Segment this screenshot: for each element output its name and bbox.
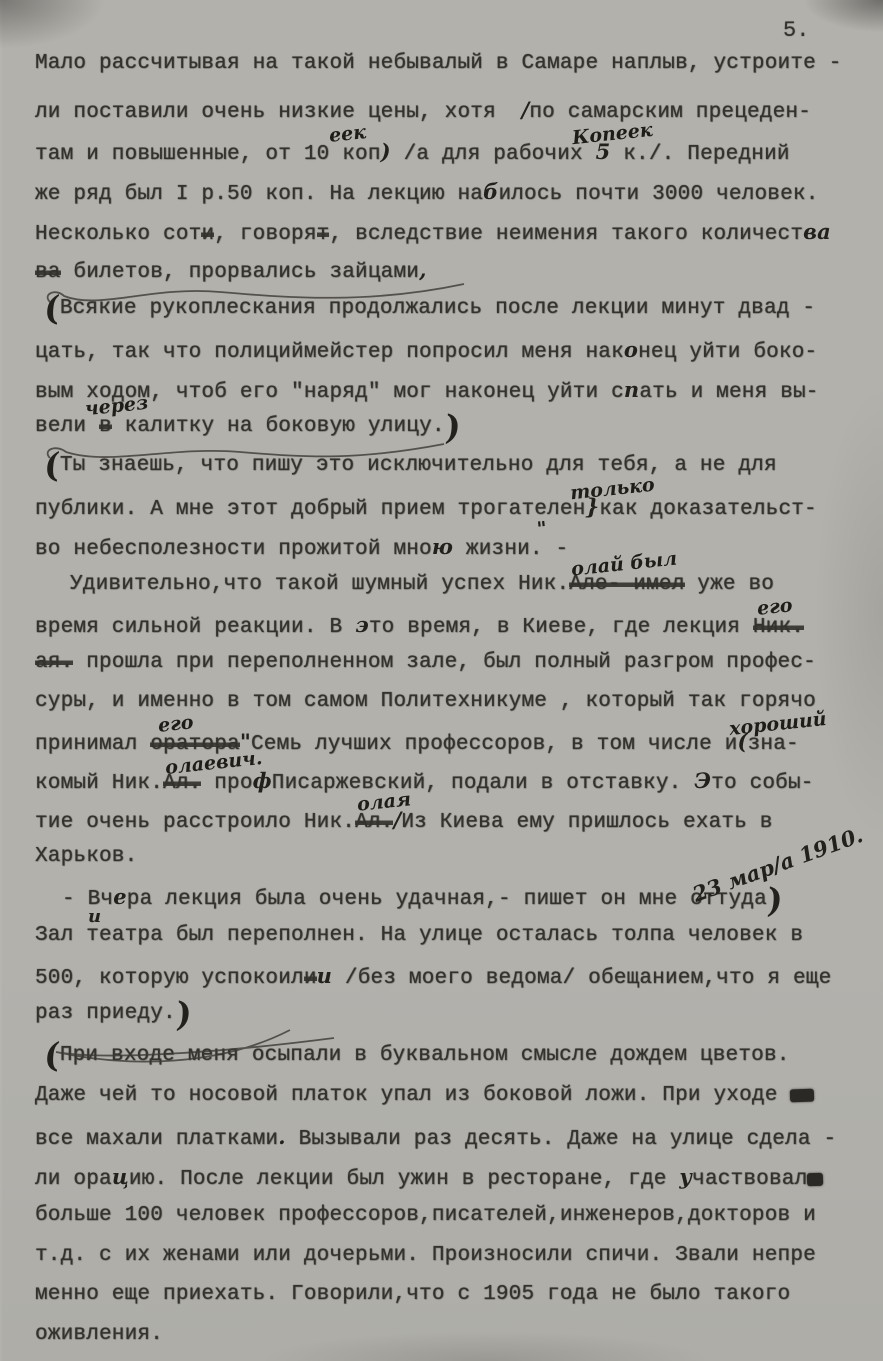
- text-line: ва билетов, прорвались зайцами,: [35, 257, 427, 284]
- typed-text: Писаржевский, подали в отставку.: [272, 772, 694, 795]
- typed-text: прошла при переполненном зале, был полны…: [73, 651, 816, 674]
- handwriting: э: [355, 612, 369, 637]
- handwriting: ): [445, 426, 461, 428]
- text-line: (При входе меня осыпали в буквальном смы…: [44, 1044, 790, 1067]
- struck-text: и: [201, 223, 214, 246]
- typed-text: раз приеду.: [35, 1002, 176, 1025]
- handwriting: б: [483, 179, 498, 204]
- handwriting: (: [44, 465, 60, 467]
- handwriting: (: [44, 1055, 60, 1057]
- handwriting: п: [624, 377, 639, 402]
- text-line: Зал театра был переполнен. На улице оста…: [35, 924, 803, 947]
- typed-text: менно еще приехать. Говорили,что с 1905 …: [35, 1283, 790, 1306]
- typed-text: /без моего ведома/ обещанием,что я еще: [332, 967, 831, 990]
- text-line: ли поставили очень низкие цены, хотя /по…: [35, 97, 811, 124]
- handwriting: о: [624, 337, 638, 362]
- handwriting-above: его: [756, 594, 794, 620]
- text-line: раз приеду.): [35, 1002, 192, 1025]
- typed-text: тие очень расстроило Ник.: [35, 811, 355, 834]
- typed-text: как доказательст-: [599, 498, 817, 521]
- handwriting: (: [44, 308, 60, 310]
- typed-text: оживления.: [35, 1323, 163, 1346]
- handwriting: ф: [253, 768, 272, 793]
- text-line: ли орацию. После лекции был ужин в ресто…: [35, 1164, 823, 1191]
- handwriting-above: еек: [328, 121, 367, 147]
- text-line: ая. прошла при переполненном зале, был п…: [35, 651, 816, 674]
- typed-text: уже во: [685, 573, 775, 596]
- struck-text: ва: [35, 261, 61, 284]
- typed-text: , говоря: [214, 223, 316, 246]
- typed-text: При входе меня осыпали в буквальном смыс…: [60, 1044, 790, 1067]
- typed-text: по самарским прецеден-: [529, 101, 811, 124]
- typed-text: Вызывали раз десять. Даже на улице сдела…: [286, 1128, 837, 1151]
- typed-text: нец уйти боко-: [638, 341, 817, 364]
- typed-text: жизни.: [453, 538, 543, 561]
- typed-text: ию. После лекции был ужин в ресторане, г…: [129, 1168, 680, 1191]
- text-line: комый Ник.олаевич.Ал. профПисаржевский, …: [35, 768, 814, 795]
- text-line: Удивительно,что такой шумный успех Ник.о…: [70, 573, 774, 596]
- handwriting: ц: [112, 1164, 129, 1189]
- text-line: суры, и именно в том самом Политехникуме…: [35, 690, 816, 713]
- ink-blot: [790, 1089, 814, 1103]
- text-line: (Всякие рукоплескания продолжались после…: [44, 297, 815, 320]
- typed-text: калитку на боковую улицу.: [112, 415, 445, 438]
- typed-text: частвовал: [692, 1168, 807, 1191]
- typed-text: ли поставили очень низкие цены, хотя: [35, 101, 521, 124]
- typed-text: ра лекция была очень удачная,- пишет он …: [127, 888, 767, 911]
- typed-text: Несколько сот: [35, 223, 201, 246]
- typed-text: про: [201, 772, 252, 795]
- handwriting: у: [679, 1164, 692, 1189]
- struck-text: т: [317, 223, 330, 246]
- typed-text: /а для рабочих: [391, 143, 596, 166]
- typed-text: , вследствие неимения такого количест: [329, 223, 803, 246]
- handwriting: е: [113, 884, 127, 909]
- handwriting: ): [176, 1013, 192, 1015]
- inserted-letter: и: [88, 906, 101, 927]
- text-line: менно еще приехать. Говорили,что с 1905 …: [35, 1283, 790, 1306]
- text-line: там и повышенные, от 10 копеек) /а для р…: [35, 139, 790, 166]
- text-line: Несколько соти, говорят, вследствие неим…: [35, 219, 831, 246]
- typed-text: же ряд был I р.50 коп. На лекцию на: [35, 183, 483, 206]
- text-line: - Вчера лекция была очень удачная,- пише…: [62, 884, 783, 911]
- handwriting: ): [381, 139, 391, 164]
- typed-text: Удивительно,что такой шумный успех Ник.: [70, 573, 569, 596]
- typed-text: Из Киева ему пришлось ехать в: [401, 811, 772, 834]
- typed-text: принимал: [35, 733, 150, 756]
- text-line: Мало рассчитывая на такой небывалый в Са…: [35, 52, 842, 75]
- typed-text: Харьков.: [35, 845, 137, 868]
- typed-text: Мало рассчитывая на такой небывалый в Са…: [35, 52, 842, 75]
- ink-blot: [807, 1173, 823, 1187]
- text-line: Харьков.: [35, 845, 137, 868]
- typed-text: 500, которую успокоил: [35, 967, 304, 990]
- typed-text: суры, и именно в том самом Политехникуме…: [35, 690, 816, 713]
- text-line: время сильной реакции. В это время, в Ки…: [35, 612, 804, 639]
- handwriting: .: [278, 1124, 286, 1149]
- typed-text: -: [543, 538, 569, 561]
- typed-text: ать и меня вы-: [639, 381, 818, 404]
- text-line: (Ты знаешь, что пишу это исключительно д…: [44, 454, 777, 477]
- typed-text: во небесполезности прожитой мно: [35, 538, 432, 561]
- text-line: тие очень расстроило Ник.олаяАл./Из Киев…: [35, 807, 773, 834]
- handwriting-above: его: [157, 711, 195, 737]
- struck-text: ая.: [35, 651, 73, 674]
- handwriting: ю: [432, 534, 453, 559]
- text-line: оживления.: [35, 1323, 163, 1346]
- typed-text: к./. Передний: [610, 143, 789, 166]
- handwriting: ): [767, 899, 783, 901]
- text-line: т.д. с их женами или дочерьми. Произноси…: [35, 1244, 816, 1267]
- text-line: 500, которую успокоилии /без моего ведом…: [35, 963, 831, 990]
- text-line: все махали платками. Вызывали раз десять…: [35, 1124, 836, 1151]
- text-line: Даже чей то носовой платок упал из боков…: [35, 1084, 814, 1107]
- typed-text: все махали платками: [35, 1128, 278, 1151]
- typed-text: то время, в Киеве, где лекция: [369, 616, 753, 639]
- typed-text: Ты знаешь, что пишу это исключительно дл…: [60, 454, 777, 477]
- typed-text: Даже чей то носовой платок упал из боков…: [35, 1084, 790, 1107]
- struck-text: и: [304, 967, 317, 990]
- typed-text: там и повышенные, от 10 коп: [35, 143, 381, 166]
- handwriting: ва: [803, 219, 831, 244]
- handwriting: и: [317, 963, 332, 988]
- typed-text: то собы-: [711, 772, 813, 795]
- typed-text: цать, так что полициймейстер попросил ме…: [35, 341, 624, 364]
- typed-text: ли ора: [35, 1168, 112, 1191]
- handwriting-above: ": [536, 518, 548, 541]
- handwriting: Э: [694, 768, 711, 793]
- text-line: публики. А мне этот добрый прием трогате…: [35, 494, 817, 521]
- text-line: больше 100 человек профессоров,писателей…: [35, 1204, 816, 1227]
- typed-text: илось почти 3000 человек.: [498, 183, 818, 206]
- typed-text: больше 100 человек профессоров,писателей…: [35, 1204, 816, 1227]
- typed-text: т.д. с их женами или дочерьми. Произноси…: [35, 1244, 816, 1267]
- text-line: вым ходом, чтоб его "наряд" мог наконец …: [35, 377, 819, 404]
- typed-text: публики. А мне этот добрый прием трогате…: [35, 498, 586, 521]
- typed-text: Зал театра был переполнен. На улице оста…: [35, 924, 803, 947]
- page-number: 5.: [783, 18, 809, 43]
- text-line: во небесполезности прожитой мною жизни."…: [35, 534, 568, 561]
- text-line: вели черезв калитку на боковую улицу.): [35, 415, 461, 438]
- text-line: цать, так что полициймейстер попросил ме…: [35, 337, 817, 364]
- typed-text: время сильной реакции. В: [35, 616, 355, 639]
- text-line: принимал егооратора"Семь лучших профессо…: [35, 729, 799, 756]
- typed-text: Семь лучших профессоров, в том числе и: [251, 733, 737, 756]
- typed-text: комый Ник.: [35, 772, 163, 795]
- typescript-page: 5. Мало рассчитывая на такой небывалый в…: [0, 0, 883, 1361]
- typed-text: Всякие рукоплескания продолжались после …: [60, 297, 815, 320]
- typed-text: билетов, прорвались зайцами: [61, 261, 419, 284]
- text-line: же ряд был I р.50 коп. На лекцию набилос…: [35, 179, 819, 206]
- handwriting: ,: [419, 257, 427, 282]
